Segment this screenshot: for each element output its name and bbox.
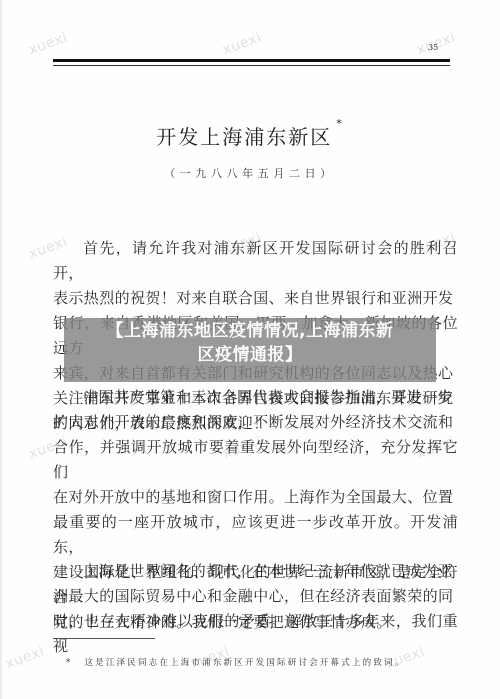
footnote-mark: * (66, 658, 72, 668)
document-date: （一九八八年五月二日） (0, 165, 500, 181)
paragraph-3: 上海是世界闻名的都市，在本世纪三十年代就已成为亚 洲最大的国际贸易中心和金融中心… (53, 559, 458, 659)
text-line: 上海是世界闻名的都市，在本世纪三十年代就已成为亚 (53, 559, 458, 584)
text-line: 最重要的一座开放城市，应该更进一步改革开放。开发浦东， (53, 510, 458, 560)
footnote: *这是江泽民同志在上海市浦东新区开发国际研讨会开幕式上的致词。 (66, 656, 405, 668)
text-line: 首先，请允许我对浦东新区开发国际研讨会的胜利召开， (53, 236, 458, 286)
text-line: 洲最大的国际贸易中心和金融中心，但在经济表面繁荣的同 (53, 584, 458, 609)
title-text: 开发上海浦东新区 (156, 125, 332, 149)
header-rule-thick (53, 59, 450, 62)
page-edge (0, 0, 2, 699)
footnote-text: 这是江泽民同志在上海市浦东新区开发国际研讨会开幕式上的致词。 (84, 658, 405, 668)
page-number: 35 (428, 43, 438, 52)
document-title: 开发上海浦东新区* (0, 121, 500, 150)
watermark: xuexi (26, 30, 69, 59)
watermark: xuexi (3, 644, 46, 673)
text-line: 扩大对外开放的广度和深度，不断发展对外经济技术交流和 (53, 410, 458, 435)
title-footnote-mark: * (336, 117, 344, 130)
document-page: xuexi xuexi xuexi xuexi xuexi xuexi xuex… (0, 0, 500, 699)
text-line: 时，也存在不少难以克服的矛盾。解放三十多年来，我们重视 (53, 609, 458, 659)
text-line: 表示热烈的祝贺！对来自联合国、来自世界银行和亚洲开发 (53, 286, 458, 311)
header-rule-thin (53, 65, 450, 66)
text-line: 在对外开放中的基地和窗口作用。上海作为全国最大、位置 (53, 485, 458, 510)
headline-line-2: 区疫情通报】 (64, 343, 436, 367)
footnote-rule (53, 638, 155, 639)
watermark: xuexi (220, 30, 263, 59)
text-line: 中国共产党第十三次全国代表大会报告指出，要进一步 (53, 385, 458, 410)
text-line: 合作，并强调开放城市要着重发展外向型经济，充分发挥它们 (53, 435, 458, 485)
headline-overlay: 【上海浦东地区疫情情况,上海浦东新 区疫情通报】 (64, 319, 436, 367)
headline-line-1: 【上海浦东地区疫情情况,上海浦东新 (64, 319, 436, 343)
